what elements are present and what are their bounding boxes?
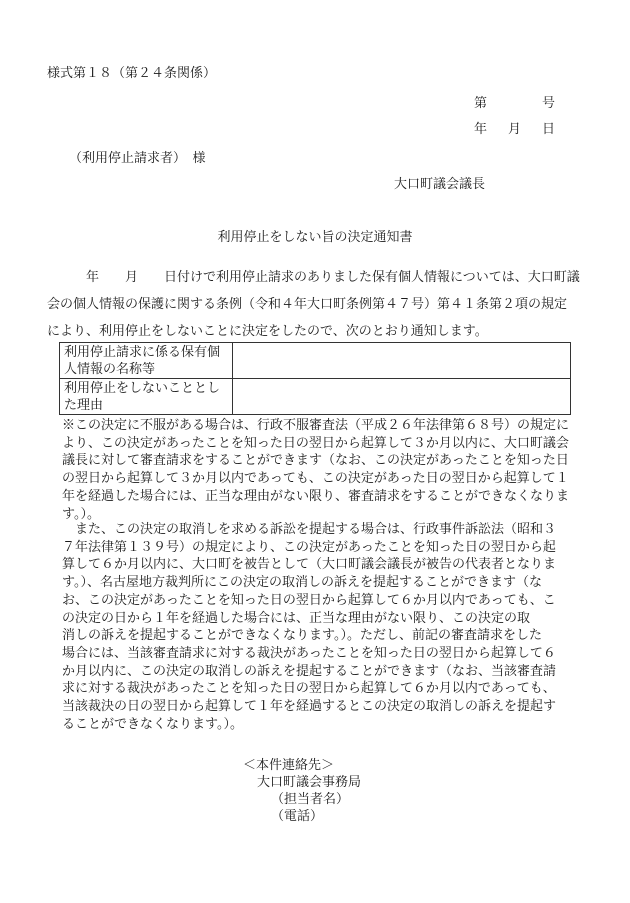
notice-line: お、この決定があったことを知った日の翌日から起算して６か月以内であっても、こ (62, 592, 592, 610)
notice-line: ることができなくなります。）。 (62, 716, 592, 734)
reference-number-suffix: 号 (542, 97, 555, 110)
notice-line: す。）、名古屋地方裁判所にこの決定の取消しの訴えを提起することができます（な (62, 574, 592, 592)
table-label-cell: 利用停止請求に係る保有個 人情報の名称等 (60, 343, 233, 379)
contact-office: 大口町議会事務局 (257, 776, 361, 789)
table-label-line: 利用停止をしないこととし (64, 380, 228, 397)
reference-number-prefix: 第 (474, 97, 487, 110)
notice-line: 当該裁決の日の翌日から起算して１年を経過するとこの決定の取消しの訴えを提起す (62, 698, 592, 716)
table-label-cell: 利用停止をしないこととし た理由 (60, 379, 233, 415)
contact-person: （担当者名） (271, 793, 349, 806)
form-number: 様式第１８（第２４条関係） (47, 67, 216, 80)
notice-line: の決定の日から１年を経過した場合には、正当な理由がない限り、この決定の取 (62, 610, 592, 628)
notice-line: ※この決定に不服がある場合は、行政不服審査法（平成２６年法律第６８号）の規定に (62, 417, 592, 435)
contact-phone: （電話） (271, 810, 323, 823)
notice-line: 議長に対して審査請求をすることができます（なお、この決定があったことを知った日 (62, 452, 592, 470)
body-line: 年 月 日付けで利用停止請求のありました保有個人情報については、大口町議 (47, 264, 587, 291)
notice-line: の翌日から起算して３か月以内であっても、この決定があった日の翌日から起算して１ (62, 470, 592, 488)
date-year: 年 (474, 123, 487, 136)
date-day: 日 (542, 123, 555, 136)
table-row: 利用停止をしないこととし た理由 (60, 379, 571, 415)
notice-line: 場合には、当該審査請求に対する裁決があったことを知った日の翌日から起算して６ (62, 645, 592, 663)
info-table: 利用停止請求に係る保有個 人情報の名称等 利用停止をしないこととし た理由 (59, 342, 571, 415)
table-label-line: 利用停止請求に係る保有個 (64, 344, 228, 361)
notice-line: より、この決定があったことを知った日の翌日から起算して３か月以内に、大口町議会 (62, 435, 592, 453)
notice-line: 消しの訴えを提起することができなくなります。）。ただし、前記の審査請求をした (62, 627, 592, 645)
notice-line: 年を経過した場合には、正当な理由がない限り、審査請求をすることができなくなりま (62, 488, 592, 506)
table-value-cell (233, 343, 571, 379)
table-label-line: た理由 (64, 397, 228, 414)
notice-line: 求に対する裁決があったことを知った日の翌日から起算して６か月以内であっても、 (62, 680, 592, 698)
body-line: により、利用停止をしないことに決定をしたので、次のとおり通知します。 (47, 318, 587, 345)
lawsuit-notice: また、この決定の取消しを求める訴訟を提起する場合は、行政事件訴訟法（昭和３ ７年… (62, 521, 592, 733)
table-label-line: 人情報の名称等 (64, 361, 228, 378)
addressee: （利用停止請求者） 様 (69, 152, 206, 165)
notice-line: か月以内に、この決定の取消しの訴えを提起することができます（なお、当該審査請 (62, 663, 592, 681)
notice-line: 算して６か月以内に、大口町を被告として（大口町議会議長が被告の代表者となりま (62, 556, 592, 574)
notice-line: また、この決定の取消しを求める訴訟を提起する場合は、行政事件訴訟法（昭和３ (62, 521, 592, 539)
table-row: 利用停止請求に係る保有個 人情報の名称等 (60, 343, 571, 379)
body-paragraph: 年 月 日付けで利用停止請求のありました保有個人情報については、大口町議 会の個… (47, 264, 587, 345)
sender: 大口町議会議長 (394, 178, 485, 191)
table-value-cell (233, 379, 571, 415)
body-line: 会の個人情報の保護に関する条例（令和４年大口町条例第４７号）第４１条第２項の規定 (47, 291, 587, 318)
review-notice: ※この決定に不服がある場合は、行政不服審査法（平成２６年法律第６８号）の規定に … (62, 417, 592, 523)
date-month: 月 (508, 123, 521, 136)
document-title: 利用停止をしない旨の決定通知書 (0, 231, 630, 244)
notice-line: ７年法律第１３９号）の規定により、この決定があったことを知った日の翌日から起 (62, 539, 592, 557)
contact-heading: ＜本件連絡先＞ (243, 759, 334, 772)
